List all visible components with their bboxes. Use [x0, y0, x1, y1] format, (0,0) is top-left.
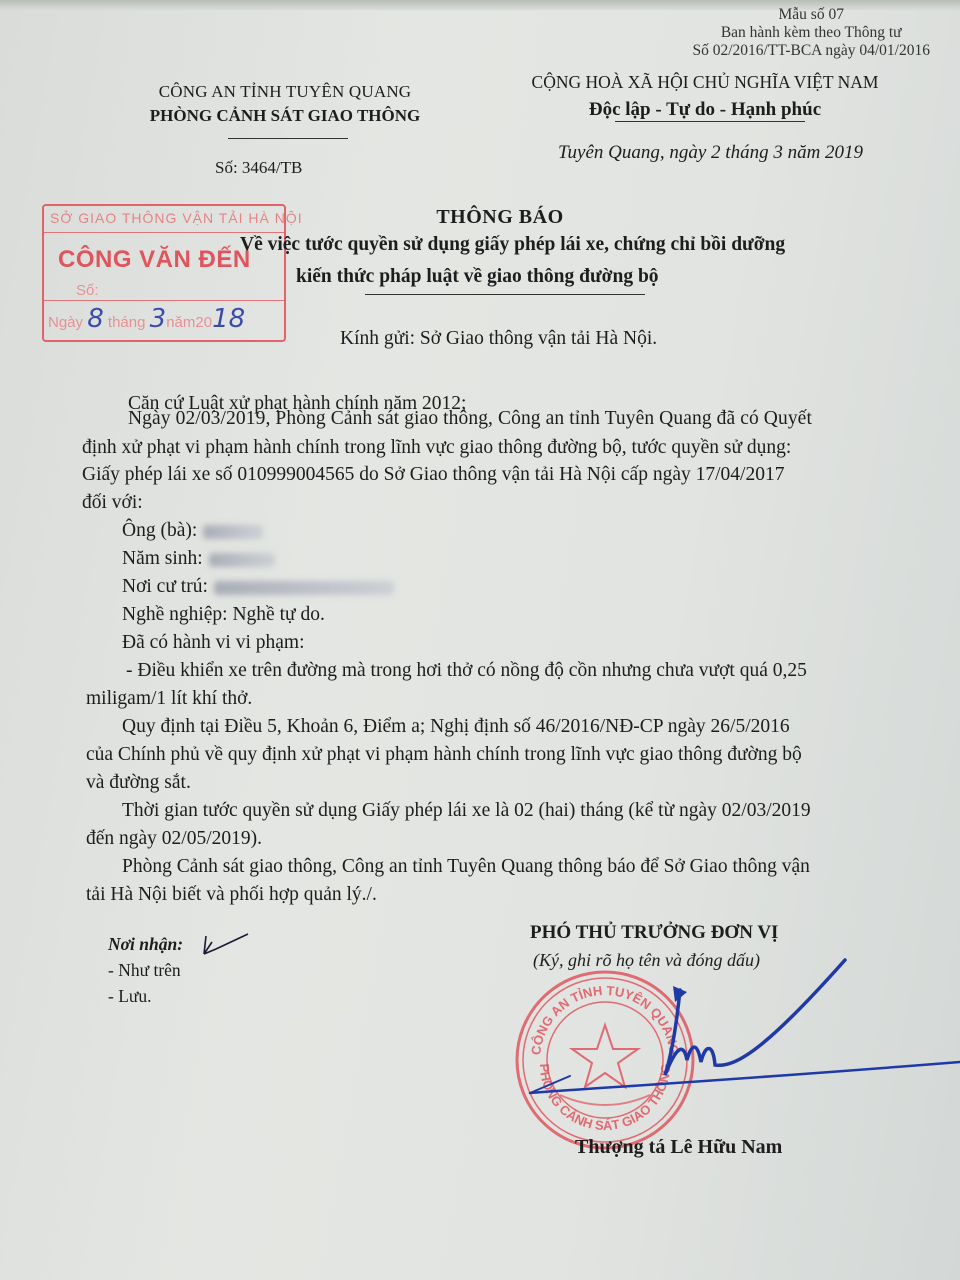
handwritten-year: 18: [212, 304, 245, 334]
stamp-header: SỞ GIAO THÔNG VẬN TẢI HÀ NỘI: [50, 210, 278, 226]
department-name: PHÒNG CẢNH SÁT GIAO THÔNG: [100, 104, 470, 128]
stamp-rule: [44, 300, 284, 301]
document-number: Số: 3464/TB: [215, 158, 302, 178]
violation-line-2: miligam/1 lít khí thở.: [86, 685, 252, 713]
duration-line-2: đến ngày 02/05/2019).: [86, 825, 262, 853]
national-header: CỘNG HOÀ XÃ HỘI CHỦ NGHĨA VIỆT NAM Độc l…: [470, 68, 940, 124]
form-reference: Mẫu số 07 Ban hành kèm theo Thông tư Số …: [692, 6, 930, 60]
person-residence: Nơi cư trú:: [122, 573, 394, 601]
subject-line-2: kiến thức pháp luật về giao thông đường …: [296, 266, 659, 288]
divider: [228, 138, 348, 139]
person-occupation: Nghề nghiệp: Nghề tự do.: [122, 601, 325, 629]
violation-label: Đã có hành vi vi phạm:: [122, 629, 305, 657]
handwritten-signature: [515, 950, 960, 1110]
closing-line-2: tải Hà Nội biết và phối hợp quản lý./.: [86, 881, 377, 909]
form-issued-with: Ban hành kèm theo Thông tư: [692, 24, 930, 42]
agency-name: CÔNG AN TỈNH TUYÊN QUANG: [100, 80, 470, 104]
divider: [365, 294, 645, 295]
decision-line-1: Ngày 02/03/2019, Phòng Cảnh sát giao thô…: [128, 405, 812, 433]
decision-line-4: đối với:: [82, 489, 143, 517]
document-title: THÔNG BÁO: [360, 206, 640, 229]
duration-line-1: Thời gian tước quyền sử dụng Giấy phép l…: [122, 797, 811, 825]
closing-line-1: Phòng Cảnh sát giao thông, Công an tỉnh …: [122, 853, 810, 881]
place-date: Tuyên Quang, ngày 2 tháng 3 năm 2019: [558, 142, 863, 164]
issuing-agency: CÔNG AN TỈNH TUYÊN QUANG PHÒNG CẢNH SÁT …: [100, 80, 470, 128]
person-birth-year: Năm sinh:: [122, 545, 275, 573]
signer-name: Thượng tá Lê Hữu Nam: [575, 1136, 782, 1159]
received-stamp: SỞ GIAO THÔNG VẬN TẢI HÀ NỘI CÔNG VĂN ĐẾ…: [42, 204, 286, 342]
redacted-name: [203, 525, 263, 539]
form-number: Mẫu số 07: [692, 6, 930, 24]
redacted-birth-year: [209, 553, 275, 567]
stamp-number-label: Số:: [76, 282, 99, 299]
stamp-title: CÔNG VĂN ĐẾN: [58, 246, 251, 274]
regulation-line-2: của Chính phủ về quy định xử phạt vi phạ…: [86, 741, 802, 769]
redacted-address: [214, 581, 394, 595]
recipients-label: Nơi nhận:: [108, 934, 183, 955]
regulation-line-1: Quy định tại Điều 5, Khoản 6, Điểm a; Ng…: [122, 713, 790, 741]
divider: [615, 121, 805, 122]
decision-line-3: Giấy phép lái xe số 010999004565 do Sở G…: [82, 461, 784, 489]
decision-line-2: định xử phạt vi phạm hành chính trong lĩ…: [82, 434, 791, 462]
stamp-rule: [44, 232, 284, 233]
stamp-date: Ngày 8 tháng 3năm2018: [48, 304, 245, 334]
signer-position: PHÓ THỦ TRƯỞNG ĐƠN VỊ: [530, 922, 778, 944]
violation-line-1: - Điều khiển xe trên đường mà trong hơi …: [126, 657, 807, 685]
national-motto: Độc lập - Tự do - Hạnh phúc: [470, 96, 940, 124]
recipient-item: - Lưu.: [108, 986, 152, 1007]
form-circular: Số 02/2016/TT-BCA ngày 04/01/2016: [692, 42, 930, 60]
recipient-item: - Như trên: [108, 960, 181, 981]
regulation-line-3: và đường sắt.: [86, 769, 191, 797]
handwritten-day: 8: [87, 304, 104, 334]
handwritten-month: 3: [150, 304, 167, 334]
person-name: Ông (bà):: [122, 517, 263, 545]
country-name: CỘNG HOÀ XÃ HỘI CHỦ NGHĨA VIỆT NAM: [470, 68, 940, 96]
addressee: Kính gửi: Sở Giao thông vận tải Hà Nội.: [340, 328, 657, 350]
initials-mark: [200, 932, 252, 958]
subject-line-1: Về việc tước quyền sử dụng giấy phép lái…: [240, 234, 785, 256]
